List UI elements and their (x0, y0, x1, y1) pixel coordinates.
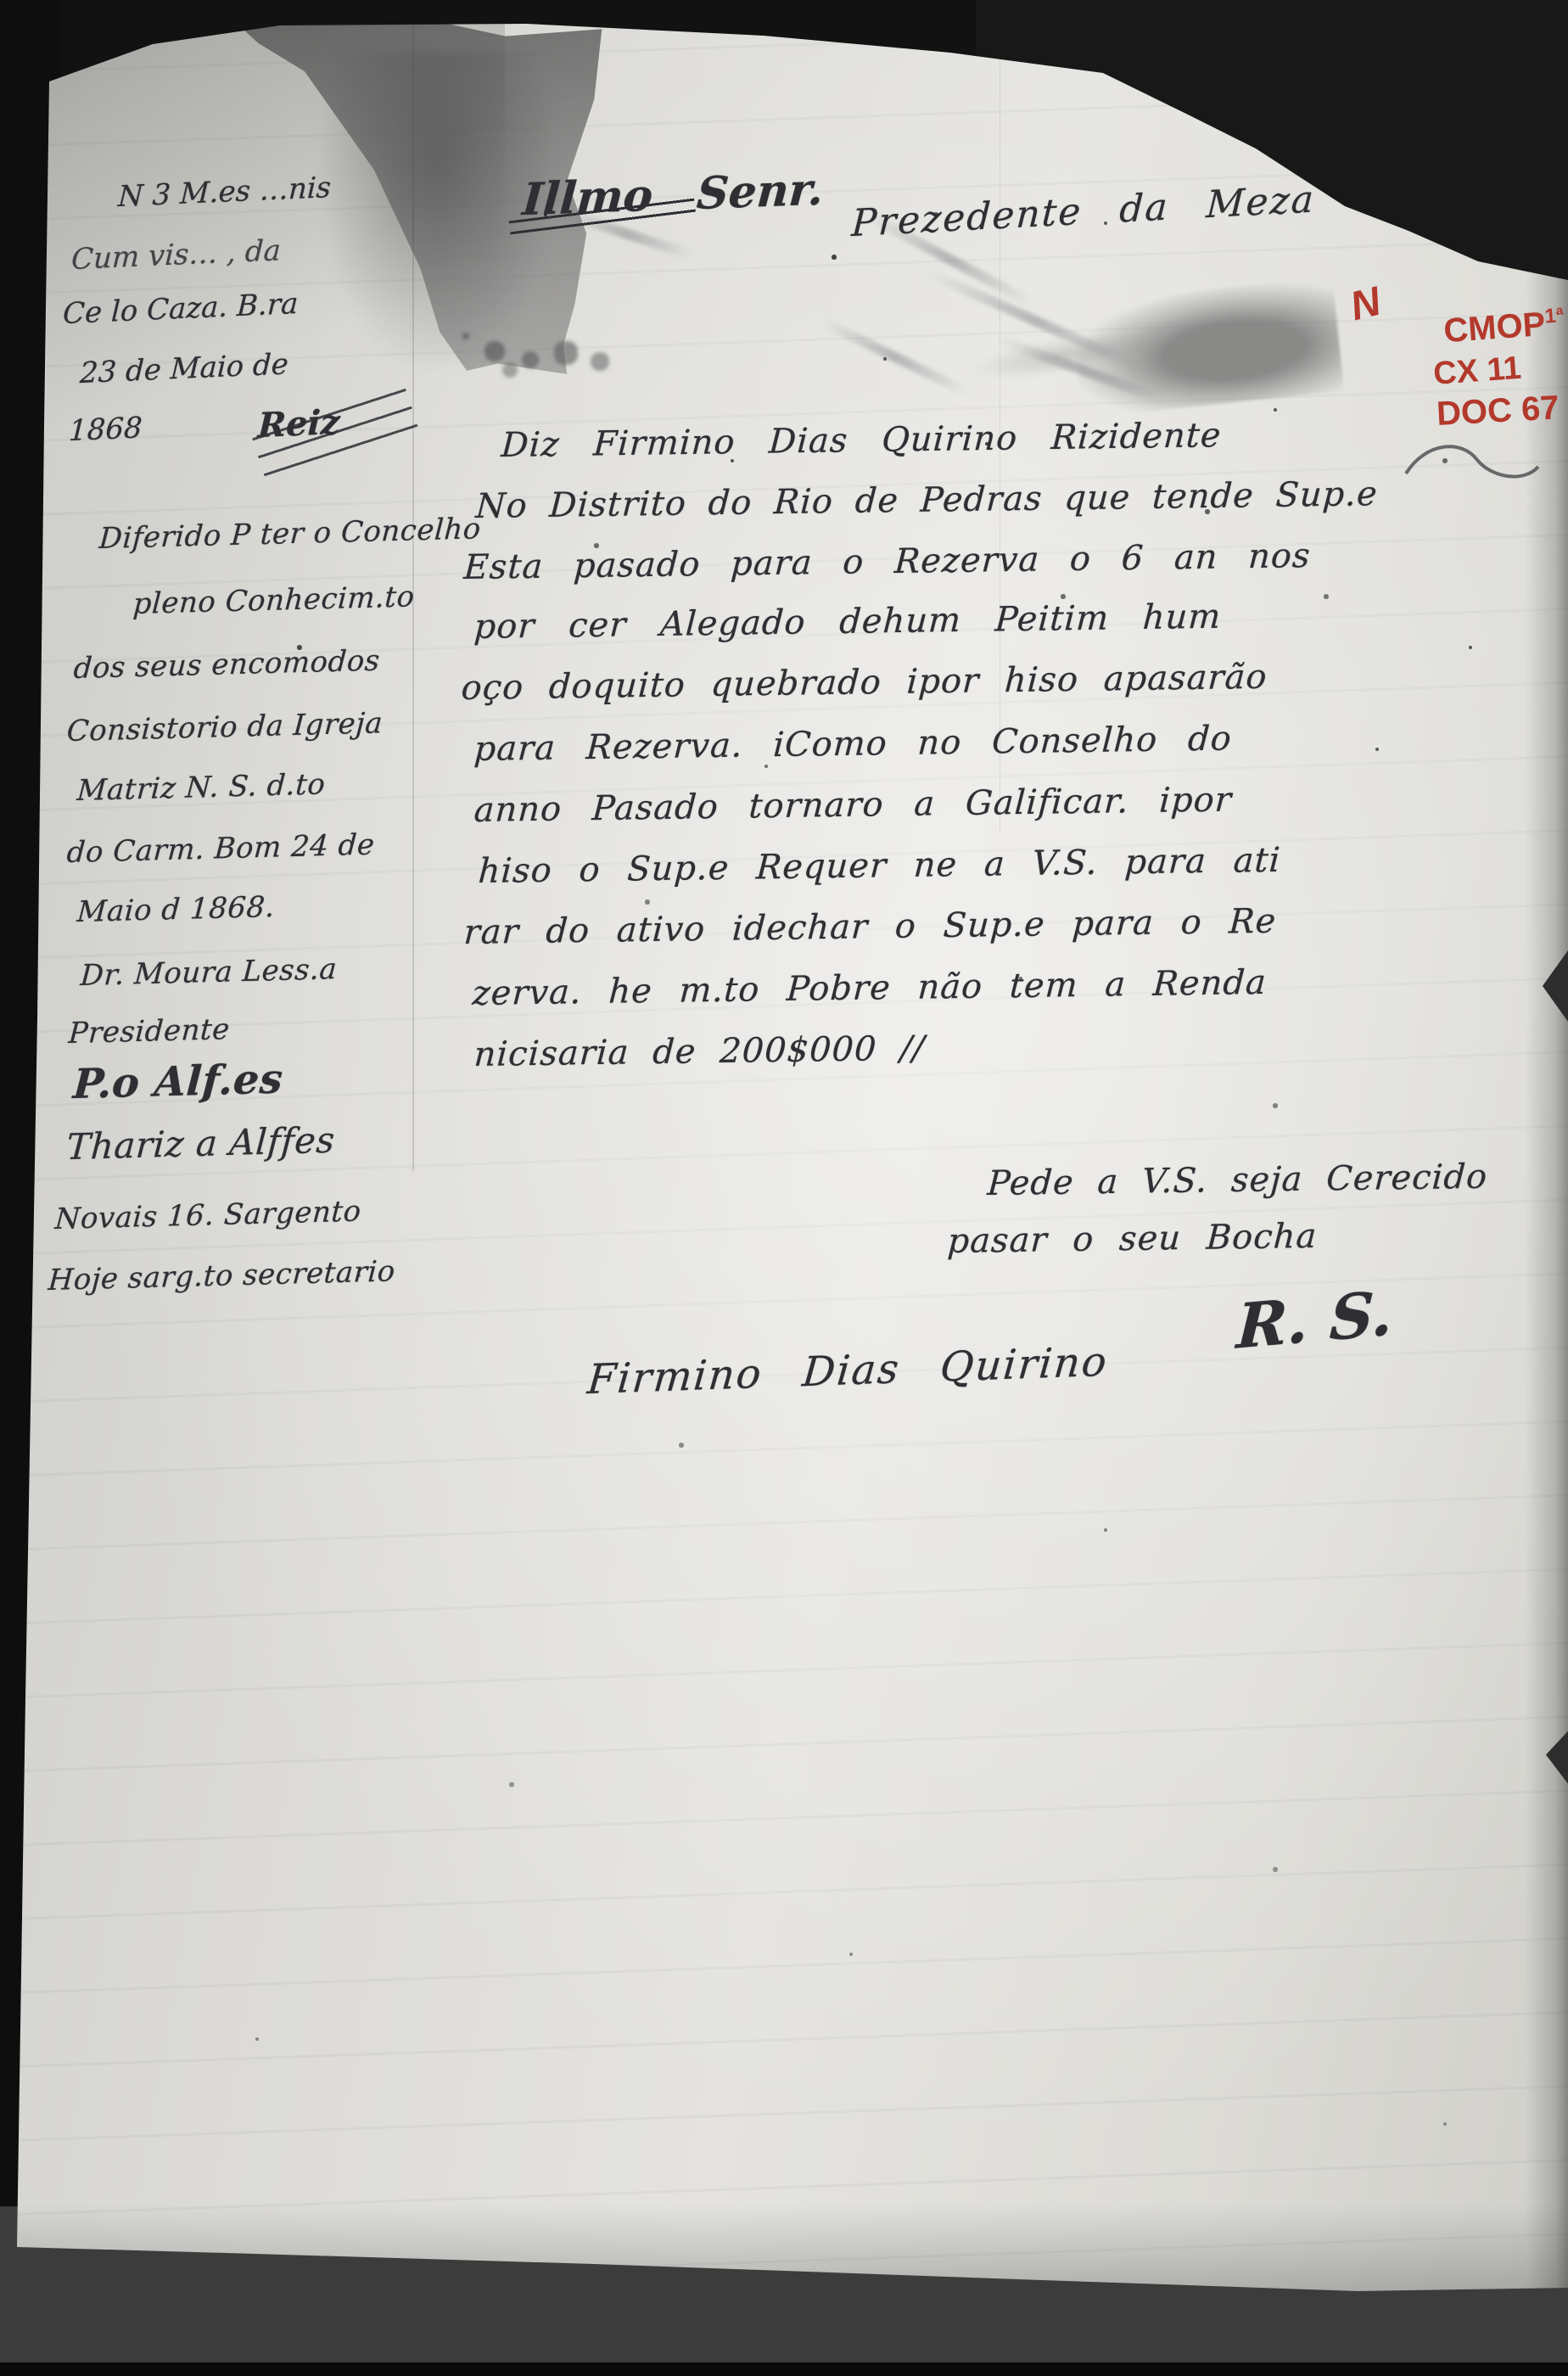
despacho-line: Novais 16. Sargento (54, 1195, 362, 1237)
closing-line: Pede a V.S. seja Cerecido (986, 1157, 1488, 1203)
ink-stain-core (322, 51, 552, 365)
stamp-n-label: N (1346, 278, 1386, 331)
margin-note-year: 1868 (68, 411, 143, 448)
despacho-line: Hoje sarg.to secretario (48, 1254, 396, 1297)
closing-line: pasar o seu Bocha (946, 1217, 1318, 1261)
body-line: para Rezerva. iComo no Conselho do (473, 720, 1233, 770)
despacho-line: pleno Conhecim.to (132, 580, 416, 621)
body-line: anno Pasado tornaro a Galificar. ipor (473, 781, 1233, 831)
paper-sheet: Illmo Senr. Prezedente da Meza [1] N CMO… (0, 0, 1568, 2376)
despacho-line: Dr. Moura Less.a (80, 952, 339, 993)
body-line: oço doquito quebrado ipor hiso apasarão (460, 658, 1268, 708)
despacho-line: Diferido P ter o Concelho (98, 512, 482, 556)
scanned-document-page: Illmo Senr. Prezedente da Meza [1] N CMO… (0, 0, 1568, 2376)
signature: Firmino Dias Quirino (585, 1338, 1110, 1404)
torn-right-edge-shadow (1526, 272, 1568, 2291)
stamp-cmop-text: CMOP (1442, 305, 1547, 350)
body-line: por cer Alegado dehum Peitim hum (473, 597, 1222, 647)
body-line: rar do ativo idechar o Sup.e para o Re (462, 902, 1277, 952)
pen-swirl-flourish (1396, 434, 1548, 497)
despacho-line: P.o Alf.es (72, 1056, 285, 1109)
despacho-line: Consistorio da Igreja (66, 706, 384, 748)
body-line: Diz Firmino Dias Quirino Rizidente (500, 416, 1222, 465)
pencil-scribble (820, 317, 970, 397)
despacho-line: do Carm. Bom 24 de (66, 828, 376, 871)
heading-title: Prezedente da Meza (850, 177, 1316, 245)
stamp-line-cx: CX 11 (1432, 350, 1522, 393)
despacho-line: Maio d 1868. (76, 890, 277, 929)
despacho-line: Presidente (68, 1012, 232, 1051)
body-line: Esta pasado para o Rezerva o 6 an nos (462, 536, 1311, 587)
stamp-cmop-sup: 1ª (1544, 304, 1565, 328)
despacho-line: Thariz a Alffes (65, 1119, 336, 1168)
despacho-line: dos seus encomodos (73, 644, 381, 686)
body-line: zerva. he m.to Pobre não tem a Renda (471, 963, 1268, 1013)
body-line: nicisaria de 200$000 // (473, 1029, 926, 1074)
scan-border-bottom-line (0, 2362, 1568, 2376)
closing-rubric: R. S. (1235, 1276, 1395, 1363)
despacho-line: Matriz N. S. d.to (76, 767, 327, 808)
body-line: hiso o Sup.e Requer ne a V.S. para ati (477, 841, 1281, 891)
stamp-line-doc: DOC 67 (1436, 389, 1560, 434)
body-line: No Distrito do Rio de Pedras que tende S… (474, 474, 1379, 526)
ink-stain-drips (462, 333, 469, 339)
